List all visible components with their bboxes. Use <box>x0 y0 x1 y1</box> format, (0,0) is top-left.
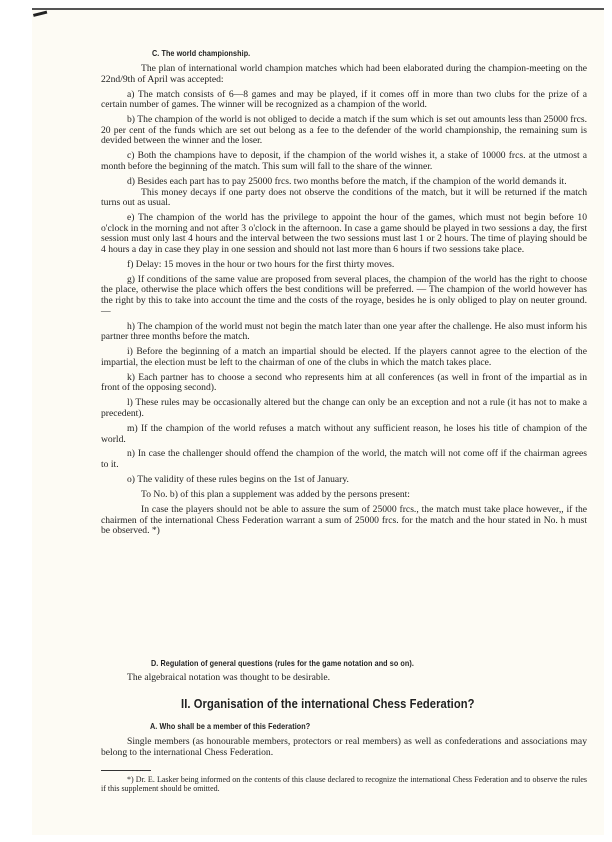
scan-artifact <box>33 11 47 17</box>
section-c-heading: C. The world championship. <box>152 48 570 59</box>
section-d-body: The algebraical notation was thought to … <box>101 673 587 684</box>
footnote-divider <box>101 770 151 771</box>
document-page: C. The world championship. The plan of i… <box>32 8 604 835</box>
rule-d-continued: This money decays if one party does not … <box>101 188 587 209</box>
section-ii-heading: II. Organisation of the international Ch… <box>181 699 599 710</box>
rule-a: a) The match consists of 6—8 games and m… <box>101 90 587 111</box>
section-ii-a-heading: A. Who shall be a member of this Federat… <box>150 721 568 732</box>
section-d-text: The algebraical notation was thought to … <box>101 673 587 684</box>
section-c-body: The plan of international world champion… <box>101 64 587 541</box>
rule-f: f) Delay: 15 moves in the hour or two ho… <box>101 260 587 271</box>
rule-o: o) The validity of these rules begins on… <box>101 475 587 486</box>
rule-n: n) In case the challenger should offend … <box>101 449 587 470</box>
supplement-text: In case the players should not be able t… <box>101 505 587 537</box>
rule-c: c) Both the champions have to deposit, i… <box>101 151 587 172</box>
footnote: *) Dr. E. Lasker being informed on the c… <box>101 775 587 793</box>
rule-h: h) The champion of the world must not be… <box>101 322 587 343</box>
rule-b: b) The champion of the world is not obli… <box>101 115 587 147</box>
section-d-heading: D. Regulation of general questions (rule… <box>151 658 569 669</box>
footnote-text: *) Dr. E. Lasker being informed on the c… <box>101 775 587 793</box>
rule-l: l) These rules may be occasionally alter… <box>101 398 587 419</box>
section-c-intro: The plan of international world champion… <box>101 64 587 85</box>
section-ii-body: Single members (as honourable members, p… <box>101 737 587 758</box>
rule-e: e) The champion of the world has the pri… <box>101 213 587 255</box>
section-ii-text: Single members (as honourable members, p… <box>101 737 587 758</box>
rule-g: g) If conditions of the same value are p… <box>101 275 587 317</box>
supplement-intro: To No. b) of this plan a supplement was … <box>101 490 587 501</box>
rule-k: k) Each partner has to choose a second w… <box>101 373 587 394</box>
rule-m: m) If the champion of the world refuses … <box>101 424 587 445</box>
rule-i: i) Before the beginning of a match an im… <box>101 347 587 368</box>
rule-d: d) Besides each part has to pay 25000 fr… <box>101 177 587 188</box>
